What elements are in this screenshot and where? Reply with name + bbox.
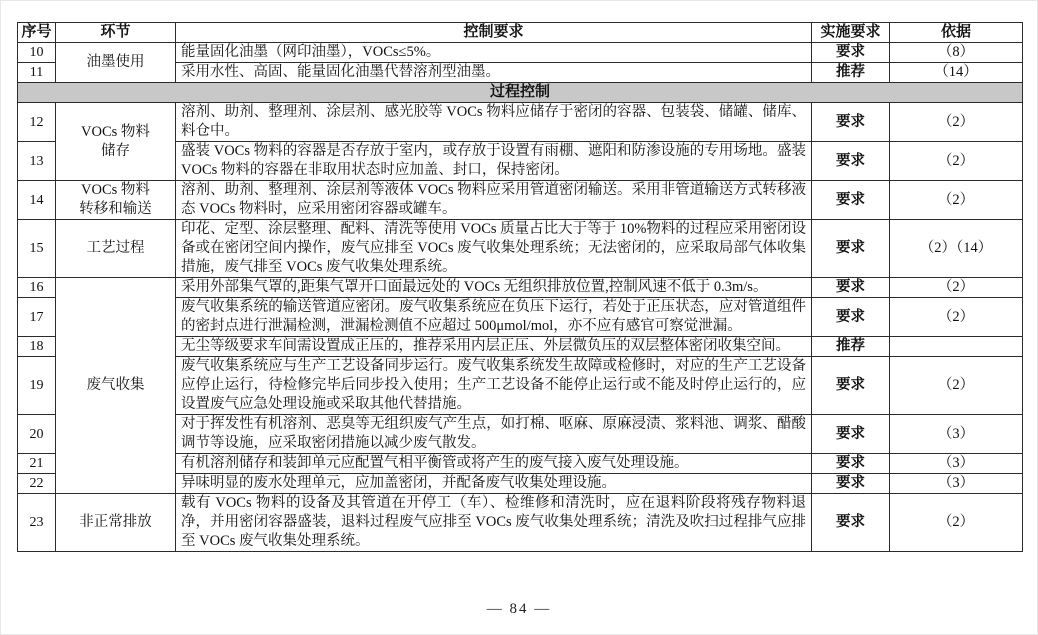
basis-cell: （2） [890,142,1023,181]
row-no-cell: 23 [18,494,56,552]
implementation-cell: 要求 [812,415,890,454]
implementation-cell: 要求 [812,220,890,278]
implementation-cell: 推荐 [812,63,890,83]
row-no-cell: 20 [18,415,56,454]
basis-cell: （14） [890,63,1023,83]
requirement-cell: 有机溶剂储存和装卸单元应配置气相平衡管或将产生的废气接入废气处理设施。 [176,454,812,474]
stage-cell: 油墨使用 [56,43,176,83]
document-page: 序号 环节 控制要求 实施要求 依据 10 油墨使用 能量固化油墨（网印油墨），… [0,0,1038,635]
table-row: 12 VOCs 物料 储存 溶剂、助剂、整理剂、涂层剂、感光胶等 VOCs 物料… [18,103,1023,142]
table-row: 14 VOCs 物料 转移和输送 溶剂、助剂、整理剂、涂层剂等液体 VOCs 物… [18,181,1023,220]
requirement-cell: 印花、定型、涂层整理、配料、清洗等使用 VOCs 质量占比大于等于 10%物料的… [176,220,812,278]
requirement-cell: 对于挥发性有机溶剂、恶臭等无组织废气产生点，如打棉、呕麻、原麻浸渍、浆料池、调浆… [176,415,812,454]
basis-cell: （3） [890,474,1023,494]
basis-cell: （3） [890,415,1023,454]
row-no-cell: 10 [18,43,56,63]
basis-cell [890,337,1023,357]
requirement-cell: 异味明显的废水处理单元，应加盖密闭，并配备废气收集处理设施。 [176,474,812,494]
row-no-cell: 21 [18,454,56,474]
implementation-cell: 要求 [812,298,890,337]
table-row: 10 油墨使用 能量固化油墨（网印油墨），VOCs≤5%。 要求 （8） [18,43,1023,63]
basis-cell: （2）（14） [890,220,1023,278]
requirement-cell: 载有 VOCs 物料的设备及其管道在开停工（车）、检维修和清洗时，应在退料阶段将… [176,494,812,552]
basis-cell: （2） [890,103,1023,142]
row-no-cell: 22 [18,474,56,494]
requirement-cell: 废气收集系统的输送管道应密闭。废气收集系统应在负压下运行，若处于正压状态，应对管… [176,298,812,337]
implementation-cell: 要求 [812,142,890,181]
basis-cell: （2） [890,278,1023,298]
row-no-cell: 18 [18,337,56,357]
row-no-cell: 12 [18,103,56,142]
stage-cell: VOCs 物料 储存 [56,103,176,181]
implementation-cell: 要求 [812,278,890,298]
stage-cell: 非正常排放 [56,494,176,552]
requirement-cell: 无尘等级要求车间需设置成正压的，推荐采用内层正压、外层微负压的双层整体密闭收集空… [176,337,812,357]
requirement-cell: 采用外部集气罩的,距集气罩开口面最远处的 VOCs 无组织排放位置,控制风速不低… [176,278,812,298]
stage-cell: 工艺过程 [56,220,176,278]
basis-cell: （2） [890,357,1023,415]
header-basis: 依据 [890,23,1023,43]
requirement-cell: 溶剂、助剂、整理剂、涂层剂、感光胶等 VOCs 物料应储存于密闭的容器、包装袋、… [176,103,812,142]
control-requirements-table: 序号 环节 控制要求 实施要求 依据 10 油墨使用 能量固化油墨（网印油墨），… [17,22,1023,552]
table-row: 15 工艺过程 印花、定型、涂层整理、配料、清洗等使用 VOCs 质量占比大于等… [18,220,1023,278]
implementation-cell: 推荐 [812,337,890,357]
requirement-cell: 盛装 VOCs 物料的容器是否存放于室内，或存放于设置有雨棚、遮阳和防渗设施的专… [176,142,812,181]
implementation-cell: 要求 [812,43,890,63]
row-no-cell: 14 [18,181,56,220]
header-requirement: 控制要求 [176,23,812,43]
header-implementation: 实施要求 [812,23,890,43]
row-no-cell: 17 [18,298,56,337]
header-row: 序号 环节 控制要求 实施要求 依据 [18,23,1023,43]
stage-cell: 废气收集 [56,278,176,494]
row-no-cell: 19 [18,357,56,415]
requirement-cell: 废气收集系统应与生产工艺设备同步运行。废气收集系统发生故障或检修时，对应的生产工… [176,357,812,415]
table-row: 16 废气收集 采用外部集气罩的,距集气罩开口面最远处的 VOCs 无组织排放位… [18,278,1023,298]
page-number: — 84 — [0,601,1038,618]
stage-cell: VOCs 物料 转移和输送 [56,181,176,220]
implementation-cell: 要求 [812,357,890,415]
requirement-cell: 溶剂、助剂、整理剂、涂层剂等液体 VOCs 物料应采用管道密闭输送。采用非管道输… [176,181,812,220]
implementation-cell: 要求 [812,454,890,474]
implementation-cell: 要求 [812,103,890,142]
header-no: 序号 [18,23,56,43]
basis-cell: （8） [890,43,1023,63]
implementation-cell: 要求 [812,181,890,220]
row-no-cell: 11 [18,63,56,83]
basis-cell: （3） [890,454,1023,474]
implementation-cell: 要求 [812,494,890,552]
requirement-cell: 能量固化油墨（网印油墨），VOCs≤5%。 [176,43,812,63]
basis-cell: （2） [890,181,1023,220]
row-no-cell: 16 [18,278,56,298]
section-header: 过程控制 [18,83,1023,103]
basis-cell: （2） [890,494,1023,552]
requirement-cell: 采用水性、高固、能量固化油墨代替溶剂型油墨。 [176,63,812,83]
row-no-cell: 13 [18,142,56,181]
section-header-row: 过程控制 [18,83,1023,103]
implementation-cell: 要求 [812,474,890,494]
row-no-cell: 15 [18,220,56,278]
basis-cell: （2） [890,298,1023,337]
table-row: 23 非正常排放 载有 VOCs 物料的设备及其管道在开停工（车）、检维修和清洗… [18,494,1023,552]
header-stage: 环节 [56,23,176,43]
